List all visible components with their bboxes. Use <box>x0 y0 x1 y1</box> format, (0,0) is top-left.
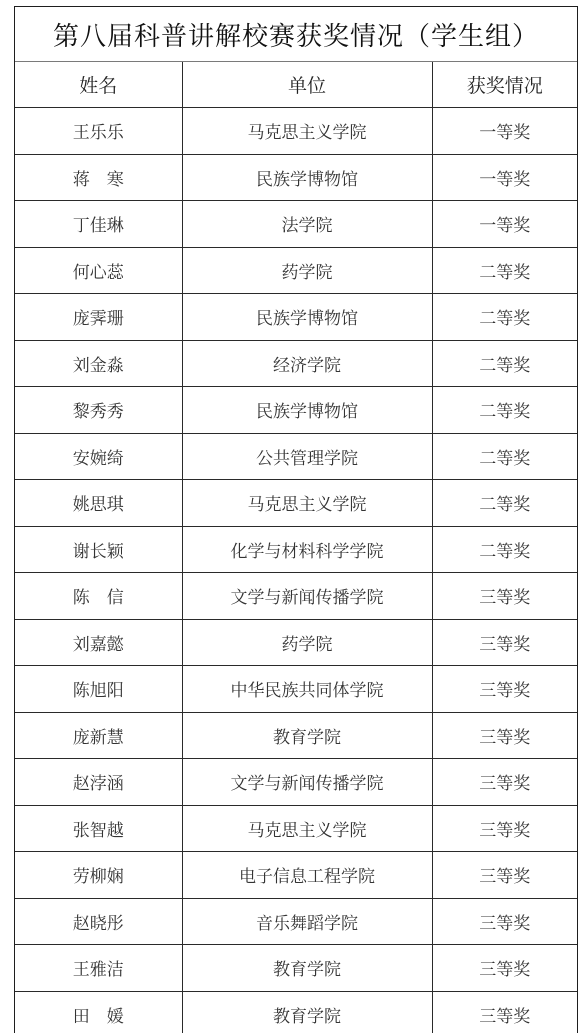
table-row: 丁佳琳 法学院 一等奖 <box>15 201 577 248</box>
cell-award: 二等奖 <box>432 480 577 527</box>
cell-award: 二等奖 <box>432 433 577 480</box>
table-row: 王乐乐 马克思主义学院 一等奖 <box>15 108 577 155</box>
cell-unit: 药学院 <box>182 619 432 666</box>
cell-unit: 教育学院 <box>182 712 432 759</box>
cell-name: 黎秀秀 <box>15 387 182 434</box>
cell-award: 二等奖 <box>432 526 577 573</box>
cell-unit: 音乐舞蹈学院 <box>182 898 432 945</box>
cell-name: 庞霁珊 <box>15 294 182 341</box>
cell-award: 三等奖 <box>432 852 577 899</box>
cell-name: 安婉绮 <box>15 433 182 480</box>
cell-unit: 马克思主义学院 <box>182 805 432 852</box>
cell-name: 陈旭阳 <box>15 666 182 713</box>
table-row: 田 媛 教育学院 三等奖 <box>15 991 577 1033</box>
cell-unit: 药学院 <box>182 247 432 294</box>
cell-name: 赵晓彤 <box>15 898 182 945</box>
awards-table-sheet: 第八届科普讲解校赛获奖情况（学生组） 姓名 单位 获奖情况 王乐乐 马克思主义学… <box>14 6 578 1033</box>
cell-name: 田 媛 <box>15 991 182 1033</box>
cell-award: 二等奖 <box>432 247 577 294</box>
cell-award: 一等奖 <box>432 154 577 201</box>
cell-unit: 中华民族共同体学院 <box>182 666 432 713</box>
table-row: 刘嘉懿 药学院 三等奖 <box>15 619 577 666</box>
cell-award: 二等奖 <box>432 387 577 434</box>
cell-name: 谢长颖 <box>15 526 182 573</box>
table-row: 赵浡涵 文学与新闻传播学院 三等奖 <box>15 759 577 806</box>
cell-award: 一等奖 <box>432 201 577 248</box>
cell-award: 三等奖 <box>432 991 577 1033</box>
cell-unit: 民族学博物馆 <box>182 294 432 341</box>
cell-unit: 经济学院 <box>182 340 432 387</box>
cell-unit: 马克思主义学院 <box>182 108 432 155</box>
cell-unit: 民族学博物馆 <box>182 387 432 434</box>
table-row: 姚思琪 马克思主义学院 二等奖 <box>15 480 577 527</box>
document-title: 第八届科普讲解校赛获奖情况（学生组） <box>15 7 577 62</box>
cell-award: 三等奖 <box>432 805 577 852</box>
cell-award: 一等奖 <box>432 108 577 155</box>
cell-unit: 法学院 <box>182 201 432 248</box>
cell-unit: 民族学博物馆 <box>182 154 432 201</box>
table-row: 庞新慧 教育学院 三等奖 <box>15 712 577 759</box>
cell-award: 三等奖 <box>432 619 577 666</box>
column-header-name: 姓名 <box>15 62 182 108</box>
cell-unit: 教育学院 <box>182 945 432 992</box>
table-row: 张智越 马克思主义学院 三等奖 <box>15 805 577 852</box>
cell-name: 蒋 寒 <box>15 154 182 201</box>
cell-name: 刘金淼 <box>15 340 182 387</box>
cell-name: 赵浡涵 <box>15 759 182 806</box>
table-row: 王雅洁 教育学院 三等奖 <box>15 945 577 992</box>
table-row: 庞霁珊 民族学博物馆 二等奖 <box>15 294 577 341</box>
table-row: 劳柳娴 电子信息工程学院 三等奖 <box>15 852 577 899</box>
column-header-award: 获奖情况 <box>432 62 577 108</box>
table-row: 谢长颖 化学与材料科学学院 二等奖 <box>15 526 577 573</box>
cell-unit: 电子信息工程学院 <box>182 852 432 899</box>
cell-name: 姚思琪 <box>15 480 182 527</box>
cell-award: 二等奖 <box>432 340 577 387</box>
cell-name: 刘嘉懿 <box>15 619 182 666</box>
cell-name: 王乐乐 <box>15 108 182 155</box>
cell-award: 二等奖 <box>432 294 577 341</box>
cell-unit: 教育学院 <box>182 991 432 1033</box>
cell-name: 丁佳琳 <box>15 201 182 248</box>
cell-name: 王雅洁 <box>15 945 182 992</box>
table-row: 赵晓彤 音乐舞蹈学院 三等奖 <box>15 898 577 945</box>
cell-name: 张智越 <box>15 805 182 852</box>
cell-unit: 文学与新闻传播学院 <box>182 573 432 620</box>
cell-award: 三等奖 <box>432 666 577 713</box>
cell-unit: 化学与材料科学学院 <box>182 526 432 573</box>
cell-award: 三等奖 <box>432 712 577 759</box>
table-row: 安婉绮 公共管理学院 二等奖 <box>15 433 577 480</box>
table-row: 刘金淼 经济学院 二等奖 <box>15 340 577 387</box>
table-row: 陈 信 文学与新闻传播学院 三等奖 <box>15 573 577 620</box>
column-header-unit: 单位 <box>182 62 432 108</box>
cell-name: 庞新慧 <box>15 712 182 759</box>
table-header-row: 姓名 单位 获奖情况 <box>15 62 577 108</box>
table-row: 黎秀秀 民族学博物馆 二等奖 <box>15 387 577 434</box>
cell-unit: 马克思主义学院 <box>182 480 432 527</box>
cell-name: 何心蕊 <box>15 247 182 294</box>
cell-unit: 公共管理学院 <box>182 433 432 480</box>
awards-table: 姓名 单位 获奖情况 王乐乐 马克思主义学院 一等奖 蒋 寒 民族学博物馆 一等… <box>15 62 577 1033</box>
table-row: 何心蕊 药学院 二等奖 <box>15 247 577 294</box>
cell-award: 三等奖 <box>432 759 577 806</box>
cell-unit: 文学与新闻传播学院 <box>182 759 432 806</box>
cell-award: 三等奖 <box>432 898 577 945</box>
cell-award: 三等奖 <box>432 945 577 992</box>
table-row: 陈旭阳 中华民族共同体学院 三等奖 <box>15 666 577 713</box>
cell-name: 劳柳娴 <box>15 852 182 899</box>
cell-award: 三等奖 <box>432 573 577 620</box>
table-row: 蒋 寒 民族学博物馆 一等奖 <box>15 154 577 201</box>
cell-name: 陈 信 <box>15 573 182 620</box>
